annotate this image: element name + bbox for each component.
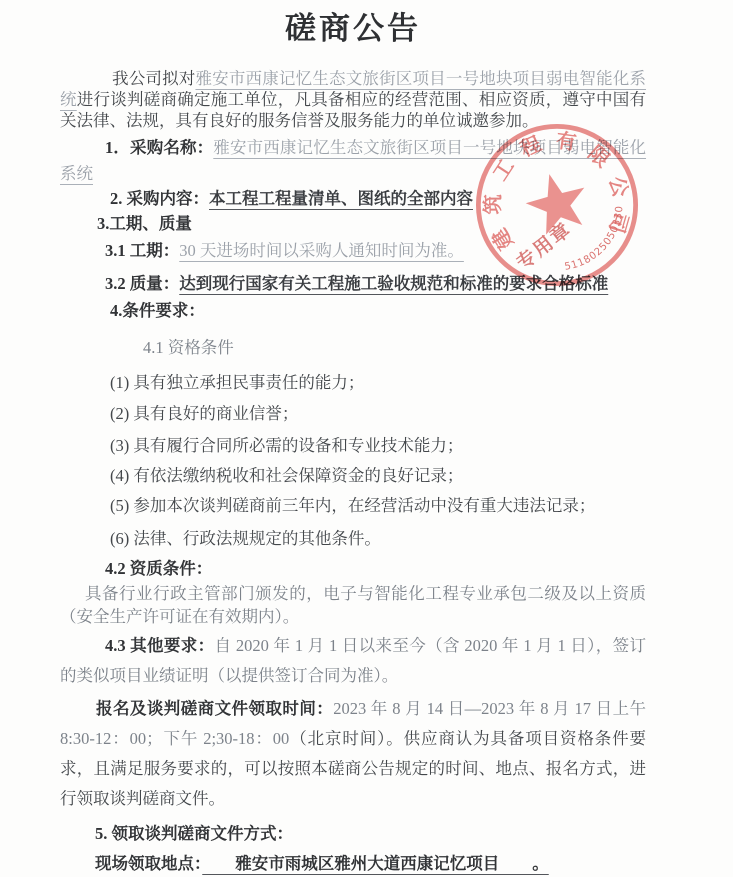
item2-value: 本工程工程量清单、图纸的全部内容	[209, 189, 473, 208]
item-purchase-name: 1．采购名称：雅安市西康记忆生态文旅街区项目一号地块项目弱电智能化系统	[60, 135, 646, 187]
item-schedule-quality-heading: 3.工期、质量	[97, 212, 646, 236]
item3-1-value: 30 天进场时间以采购人通知时间为准。	[179, 241, 464, 260]
pickup-location: 现场领取地点： 雅安市雨城区雅州大道西康记忆项目 。	[95, 852, 646, 876]
item-purchase-content: 2. 采购内容：本工程工程量清单、图纸的全部内容	[110, 187, 646, 211]
condition-1: (1) 具有独立承担民事责任的能力；	[110, 371, 646, 395]
intro-rest: 进行谈判磋商确定施工单位，凡具备相应的经营范围、相应资质，遵守中国有关法律、法规…	[60, 90, 646, 130]
item-schedule: 3.1 工期：30 天进场时间以采购人通知时间为准。	[105, 239, 646, 263]
signup-time-paragraph: 报名及谈判磋商文件领取时间：2023 年 8 月 14 日—2023 年 8 月…	[60, 694, 646, 814]
item5-label: 5. 领取谈判磋商文件方式：	[95, 824, 293, 843]
credential-conditions-heading: 4.2 资质条件：	[105, 557, 646, 581]
intro-paragraph: 我公司拟对雅安市西康记忆生态文旅街区项目一号地块项目弱电智能化系统进行谈判磋商确…	[60, 68, 646, 131]
item3-2-value: 达到现行国家有关工程施工验收规范和标准的要求合格标准	[179, 274, 608, 293]
announcement-page: 磋商公告 我公司拟对雅安市西康记忆生态文旅街区项目一号地块项目弱电智能化系统进行…	[0, 0, 733, 877]
item-quality: 3.2 质量：达到现行国家有关工程施工验收规范和标准的要求合格标准	[105, 272, 646, 296]
location-label: 现场领取地点：	[95, 854, 202, 873]
condition-6: (6) 法律、行政法规规定的其他条件。	[110, 527, 646, 551]
item4-3-label: 4.3 其他要求：	[105, 636, 215, 655]
signup-label: 报名及谈判磋商文件领取时间：	[96, 699, 333, 718]
item3-label: 3.工期、质量	[97, 214, 192, 233]
condition-3: (3) 具有履行合同所必需的设备和专业技术能力；	[110, 434, 646, 458]
condition-5: (5) 参加本次谈判磋商前三年内，在经营活动中没有重大违法记录；	[110, 494, 646, 518]
item4-2-label: 4.2 资质条件：	[105, 559, 212, 578]
item3-2-label: 3.2 质量：	[105, 274, 179, 293]
page-title: 磋商公告	[60, 0, 646, 50]
item-conditions-heading: 4.条件要求：	[110, 299, 646, 323]
other-requirements: 4.3 其他要求：自 2020 年 1 月 1 日以来至今（含 2020 年 1…	[60, 631, 646, 691]
item3-1-label: 3.1 工期：	[105, 241, 179, 260]
condition-4: (4) 有依法缴纳税收和社会保障资金的良好记录；	[110, 464, 646, 488]
qualification-conditions-heading: 4.1 资格条件	[143, 336, 646, 360]
item2-label: 2. 采购内容：	[110, 189, 209, 208]
condition-2: (2) 具有良好的商业信誉；	[110, 402, 646, 426]
location-value: 雅安市雨城区雅州大道西康记忆项目 。	[202, 854, 549, 873]
item1-label: 1．采购名称：	[105, 138, 213, 157]
intro-lead: 我公司拟对	[112, 69, 195, 88]
item-document-pickup-heading: 5. 领取谈判磋商文件方式：	[95, 822, 646, 846]
item4-label: 4.条件要求：	[110, 301, 205, 320]
credential-conditions-text: 具备行业行政主管部门颁发的，电子与智能化工程专业承包二级及以上资质（安全生产许可…	[60, 582, 646, 628]
